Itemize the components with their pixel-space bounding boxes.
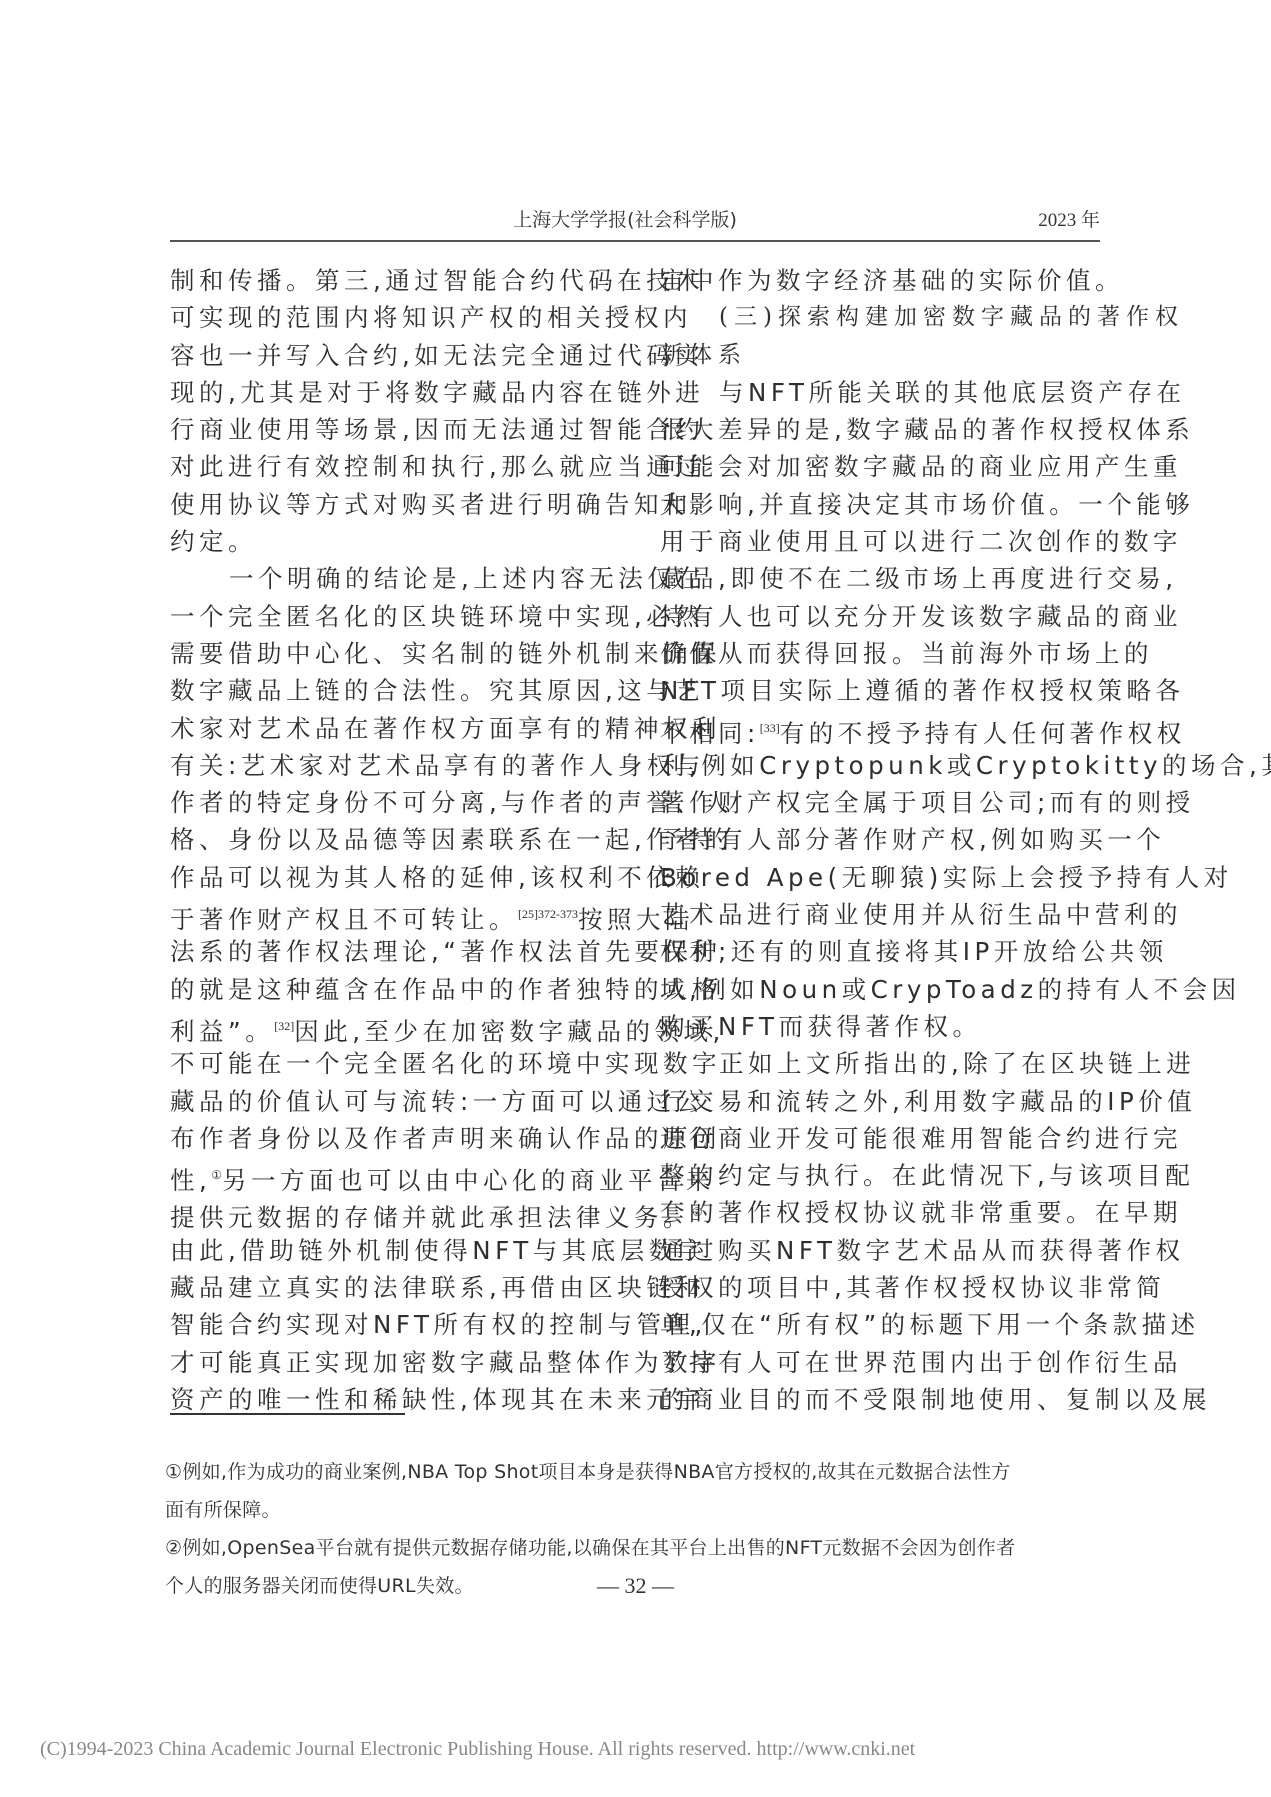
text-line: 行商业使用等场景,因而无法通过智能合约 (170, 411, 614, 448)
line-text: 持有人也可以充分开发该数字藏品的商业 (660, 602, 1182, 631)
text-line: 需要借助中心化、实名制的链外机制来确保 (170, 635, 614, 672)
text-line: 的就是这种蕴含在作品中的作者独特的人格 (170, 971, 614, 1008)
text-line: 域,例如Noun或CrypToadz的持有人不会因 (660, 971, 1104, 1008)
line-text: 利益”。 (170, 1017, 274, 1046)
line-text: 很大差异的是,数字藏品的著作权授权体系 (660, 415, 1194, 444)
line-text: 大影响,并直接决定其市场价值。一个能够 (660, 490, 1194, 519)
text-line: 性,①另一方面也可以由中心化的商业平台来 (170, 1157, 614, 1194)
line-text: 对此进行有效控制和执行,那么就应当通过 (170, 452, 704, 481)
text-line: 作品可以视为其人格的延伸,该权利不依赖 (170, 859, 614, 896)
line-text: 资产的唯一性和稀缺性,体现其在未来元宇 (170, 1385, 704, 1414)
text-line: 术家对艺术品在著作权方面享有的精神权利 (170, 710, 614, 747)
text-line: 格、身份以及品德等因素联系在一起,作者的 (170, 821, 614, 858)
text-line: 艺术品进行商业使用并从衍生品中营利的 (660, 896, 1104, 933)
citation-superscript: [32] (274, 1019, 294, 1033)
text-line: 一个明确的结论是,上述内容无法仅在 (170, 560, 614, 597)
text-line: 对此进行有效控制和执行,那么就应当通过 (170, 448, 614, 485)
line-text: 可实现的范围内将知识产权的相关授权内 (170, 303, 692, 332)
line-text: 的商业目的而不受限制地使用、复制以及展 (660, 1385, 1211, 1414)
text-line: 宙中作为数字经济基础的实际价值。 (660, 262, 1104, 299)
line-text: 了持有人可在世界范围内出于创作衍生品 (660, 1348, 1182, 1377)
text-line: 予持有人部分著作财产权,例如购买一个 (660, 821, 1104, 858)
text-line: 著作财产权完全属于项目公司;而有的则授 (660, 784, 1104, 821)
footnote-divider (170, 1413, 405, 1415)
text-line: 用于商业使用且可以进行二次创作的数字 (660, 523, 1104, 560)
text-line: 法系的著作权法理论,“著作权法首先要保护 (170, 933, 614, 970)
line-text: 购买NFT而获得著作权。 (660, 1012, 981, 1041)
journal-title: 上海大学学报(社会科学版) (150, 205, 1100, 232)
text-line: 权利;还有的则直接将其IP开放给公共领 (660, 933, 1104, 970)
line-text: 域,例如Noun或CrypToadz的持有人不会因 (660, 975, 1241, 1004)
line-text: 进行商业开发可能很难用智能合约进行完 (660, 1124, 1182, 1153)
line-text: 作者的特定身份不可分离,与作者的声誉、人 (170, 788, 733, 817)
line-text: 格、身份以及品德等因素联系在一起,作者的 (170, 825, 733, 854)
line-text: 作品可以视为其人格的延伸,该权利不依赖 (170, 863, 704, 892)
line-text: 约定。 (170, 527, 257, 556)
text-line: 大影响,并直接决定其市场价值。一个能够 (660, 486, 1104, 523)
line-text: NFT项目实际上遵循的著作权授权策略各 (660, 676, 1184, 705)
line-text: 宙中作为数字经济基础的实际价值。 (660, 266, 1124, 295)
text-line: 授权的项目中,其著作权授权协议非常简 (660, 1269, 1104, 1306)
line-text: 的就是这种蕴含在作品中的作者独特的人格 (170, 975, 721, 1004)
header-divider (170, 240, 1100, 242)
line-text: 不可能在一个完全匿名化的环境中实现数字 (170, 1049, 721, 1078)
text-line: 利益”。[32]因此,至少在加密数字藏品的领域, (170, 1008, 614, 1045)
line-text: 价值从而获得回报。当前海外市场上的 (660, 639, 1153, 668)
line-text: 术家对艺术品在著作权方面享有的精神权利 (170, 714, 721, 743)
text-line: 进行商业开发可能很难用智能合约进行完 (660, 1120, 1104, 1157)
text-line: 一个完全匿名化的区块链环境中实现,必然 (170, 598, 614, 635)
line-text: 使用协议等方式对购买者进行明确告知和 (170, 490, 692, 519)
text-line: 利,例如Cryptopunk或Cryptokitty的场合,其 (660, 747, 1104, 784)
text-line: 约定。 (170, 523, 614, 560)
line-text: 藏品的价值认可与流转:一方面可以通过公 (170, 1087, 705, 1116)
text-line: 可实现的范围内将知识产权的相关授权内 (170, 299, 614, 336)
line-text: 于著作财产权且不可转让。 (170, 905, 518, 934)
text-line: 价值从而获得回报。当前海外市场上的 (660, 635, 1104, 672)
text-line: Bored Ape(无聊猿)实际上会授予持有人对 (660, 859, 1104, 896)
citation-superscript: [33] (760, 721, 780, 735)
line-text: 与NFT所能关联的其他底层资产存在 (719, 378, 1185, 407)
line-text: 权利;还有的则直接将其IP开放给公共领 (660, 937, 1168, 966)
line-text: 授权的项目中,其著作权授权协议非常简 (660, 1273, 1165, 1302)
text-line: 的商业目的而不受限制地使用、复制以及展 (660, 1381, 1104, 1418)
footnote-2-line-1: ②例如,OpenSea平台就有提供元数据存储功能,以确保在其平台上出售的NFT元… (165, 1529, 1105, 1567)
line-text: 行商业使用等场景,因而无法通过智能合约 (170, 415, 704, 444)
line-text: 藏品,即使不在二级市场上再度进行交易, (660, 564, 1178, 593)
line-text: 性, (170, 1166, 211, 1195)
text-line: 通过购买NFT数字艺术品从而获得著作权 (660, 1232, 1104, 1269)
text-line: 藏品,即使不在二级市场上再度进行交易, (660, 560, 1104, 597)
text-line: 与NFT所能关联的其他底层资产存在 (660, 374, 1104, 411)
text-line: 正如上文所指出的,除了在区块链上进 (660, 1045, 1104, 1082)
line-text: 现的,尤其是对于将数字藏品内容在链外进 (170, 378, 704, 407)
line-text: 制和传播。第三,通过智能合约代码在技术 (170, 266, 704, 295)
text-line: 可能会对加密数字藏品的商业应用产生重 (660, 448, 1104, 485)
line-text: 法系的著作权法理论,“著作权法首先要保护 (170, 937, 721, 966)
text-line: 了持有人可在世界范围内出于创作衍生品 (660, 1344, 1104, 1381)
line-text: 行交易和流转之外,利用数字藏品的IP价值 (660, 1087, 1196, 1116)
line-text: 由此,借助链外机制使得NFT与其底层数字 (170, 1236, 707, 1265)
line-text: 不相同: (660, 719, 760, 748)
text-line: 数字藏品上链的合法性。究其原因,这与艺 (170, 672, 614, 709)
line-text: (三)探索构建加密数字藏品的著作权 (719, 304, 1184, 330)
line-text: 提供元数据的存储并就此承担法律义务。 (170, 1203, 692, 1232)
line-text: 藏品建立真实的法律联系,再借由区块链和 (170, 1273, 704, 1302)
line-text-continued: 另一方面也可以由中心化的商业平台来 (222, 1166, 715, 1195)
text-line: 现的,尤其是对于将数字藏品内容在链外进 (170, 374, 614, 411)
header-year: 2023 年 (1038, 205, 1100, 232)
line-text: 利,例如Cryptopunk或Cryptokitty的场合,其 (660, 751, 1271, 780)
text-line: 布作者身份以及作者声明来确认作品的原创 (170, 1120, 614, 1157)
line-text: 容也一并写入合约,如无法完全通过代码实 (170, 341, 704, 370)
line-text: 才可能真正实现加密数字藏品整体作为数字 (170, 1348, 721, 1377)
section-heading-line: (三)探索构建加密数字藏品的著作权 (660, 299, 1104, 336)
right-column: 宙中作为数字经济基础的实际价值。(三)探索构建加密数字藏品的著作权新体系与NFT… (660, 262, 1104, 1418)
line-text: 有关:艺术家对艺术品享有的著作人身权与 (170, 751, 705, 780)
line-text-continued: 有的不授予持有人任何著作权权 (780, 719, 1186, 748)
text-line: 智能合约实现对NFT所有权的控制与管理, (170, 1306, 614, 1343)
line-text: 予持有人部分著作财产权,例如购买一个 (660, 825, 1165, 854)
citation-superscript: [25]372-373 (518, 907, 578, 921)
text-line: 整的约定与执行。在此情况下,与该项目配 (660, 1157, 1104, 1194)
text-line: 不相同:[33]有的不授予持有人任何著作权权 (660, 710, 1104, 747)
line-text: 新体系 (660, 342, 747, 368)
line-text: 单,仅在“所有权”的标题下用一个条款描述 (660, 1310, 1200, 1339)
line-text: 一个明确的结论是,上述内容无法仅在 (229, 564, 705, 593)
text-line: 才可能真正实现加密数字藏品整体作为数字 (170, 1344, 614, 1381)
text-line: 单,仅在“所有权”的标题下用一个条款描述 (660, 1306, 1104, 1343)
line-text: 数字藏品上链的合法性。究其原因,这与艺 (170, 676, 704, 705)
text-line: 不可能在一个完全匿名化的环境中实现数字 (170, 1045, 614, 1082)
line-text: 布作者身份以及作者声明来确认作品的原创 (170, 1124, 721, 1153)
copyright-notice: (C)1994-2023 China Academic Journal Elec… (40, 1738, 915, 1761)
line-text: 用于商业使用且可以进行二次创作的数字 (660, 527, 1182, 556)
text-line: NFT项目实际上遵循的著作权授权策略各 (660, 672, 1104, 709)
left-column: 制和传播。第三,通过智能合约代码在技术可实现的范围内将知识产权的相关授权内容也一… (170, 262, 614, 1418)
section-heading-line: 新体系 (660, 337, 1104, 374)
citation-superscript: ① (211, 1168, 222, 1182)
footnote-1-line-1: ①例如,作为成功的商业案例,NBA Top Shot项目本身是获得NBA官方授权… (165, 1453, 1105, 1491)
footnote-1-line-2: 面有所保障。 (165, 1491, 1105, 1529)
line-text: 一个完全匿名化的区块链环境中实现,必然 (170, 602, 704, 631)
text-line: 由此,借助链外机制使得NFT与其底层数字 (170, 1232, 614, 1269)
line-text: 可能会对加密数字藏品的商业应用产生重 (660, 452, 1182, 481)
line-text: 通过购买NFT数字艺术品从而获得著作权 (660, 1236, 1184, 1265)
page-number: — 32 — (0, 1573, 1271, 1599)
text-line: 制和传播。第三,通过智能合约代码在技术 (170, 262, 614, 299)
line-text: Bored Ape(无聊猿)实际上会授予持有人对 (660, 863, 1233, 892)
text-line: 藏品的价值认可与流转:一方面可以通过公 (170, 1083, 614, 1120)
text-line: 提供元数据的存储并就此承担法律义务。② (170, 1194, 614, 1231)
text-line: 套的著作权授权协议就非常重要。在早期 (660, 1194, 1104, 1231)
text-line: 藏品建立真实的法律联系,再借由区块链和 (170, 1269, 614, 1306)
text-line: 很大差异的是,数字藏品的著作权授权体系 (660, 411, 1104, 448)
line-text: 套的著作权授权协议就非常重要。在早期 (660, 1198, 1182, 1227)
text-line: 购买NFT而获得著作权。 (660, 1008, 1104, 1045)
line-text: 智能合约实现对NFT所有权的控制与管理, (170, 1310, 707, 1339)
line-text: 需要借助中心化、实名制的链外机制来确保 (170, 639, 721, 668)
text-line: 使用协议等方式对购买者进行明确告知和 (170, 486, 614, 523)
line-text: 整的约定与执行。在此情况下,与该项目配 (660, 1161, 1194, 1190)
line-text: 正如上文所指出的,除了在区块链上进 (719, 1049, 1195, 1078)
text-line: 持有人也可以充分开发该数字藏品的商业 (660, 598, 1104, 635)
text-line: 有关:艺术家对艺术品享有的著作人身权与 (170, 747, 614, 784)
text-line: 行交易和流转之外,利用数字藏品的IP价值 (660, 1083, 1104, 1120)
line-text: 艺术品进行商业使用并从衍生品中营利的 (660, 900, 1182, 929)
line-text: 著作财产权完全属于项目公司;而有的则授 (660, 788, 1195, 817)
text-line: 作者的特定身份不可分离,与作者的声誉、人 (170, 784, 614, 821)
text-line: 容也一并写入合约,如无法完全通过代码实 (170, 337, 614, 374)
text-line: 于著作财产权且不可转让。[25]372-373按照大陆 (170, 896, 614, 933)
